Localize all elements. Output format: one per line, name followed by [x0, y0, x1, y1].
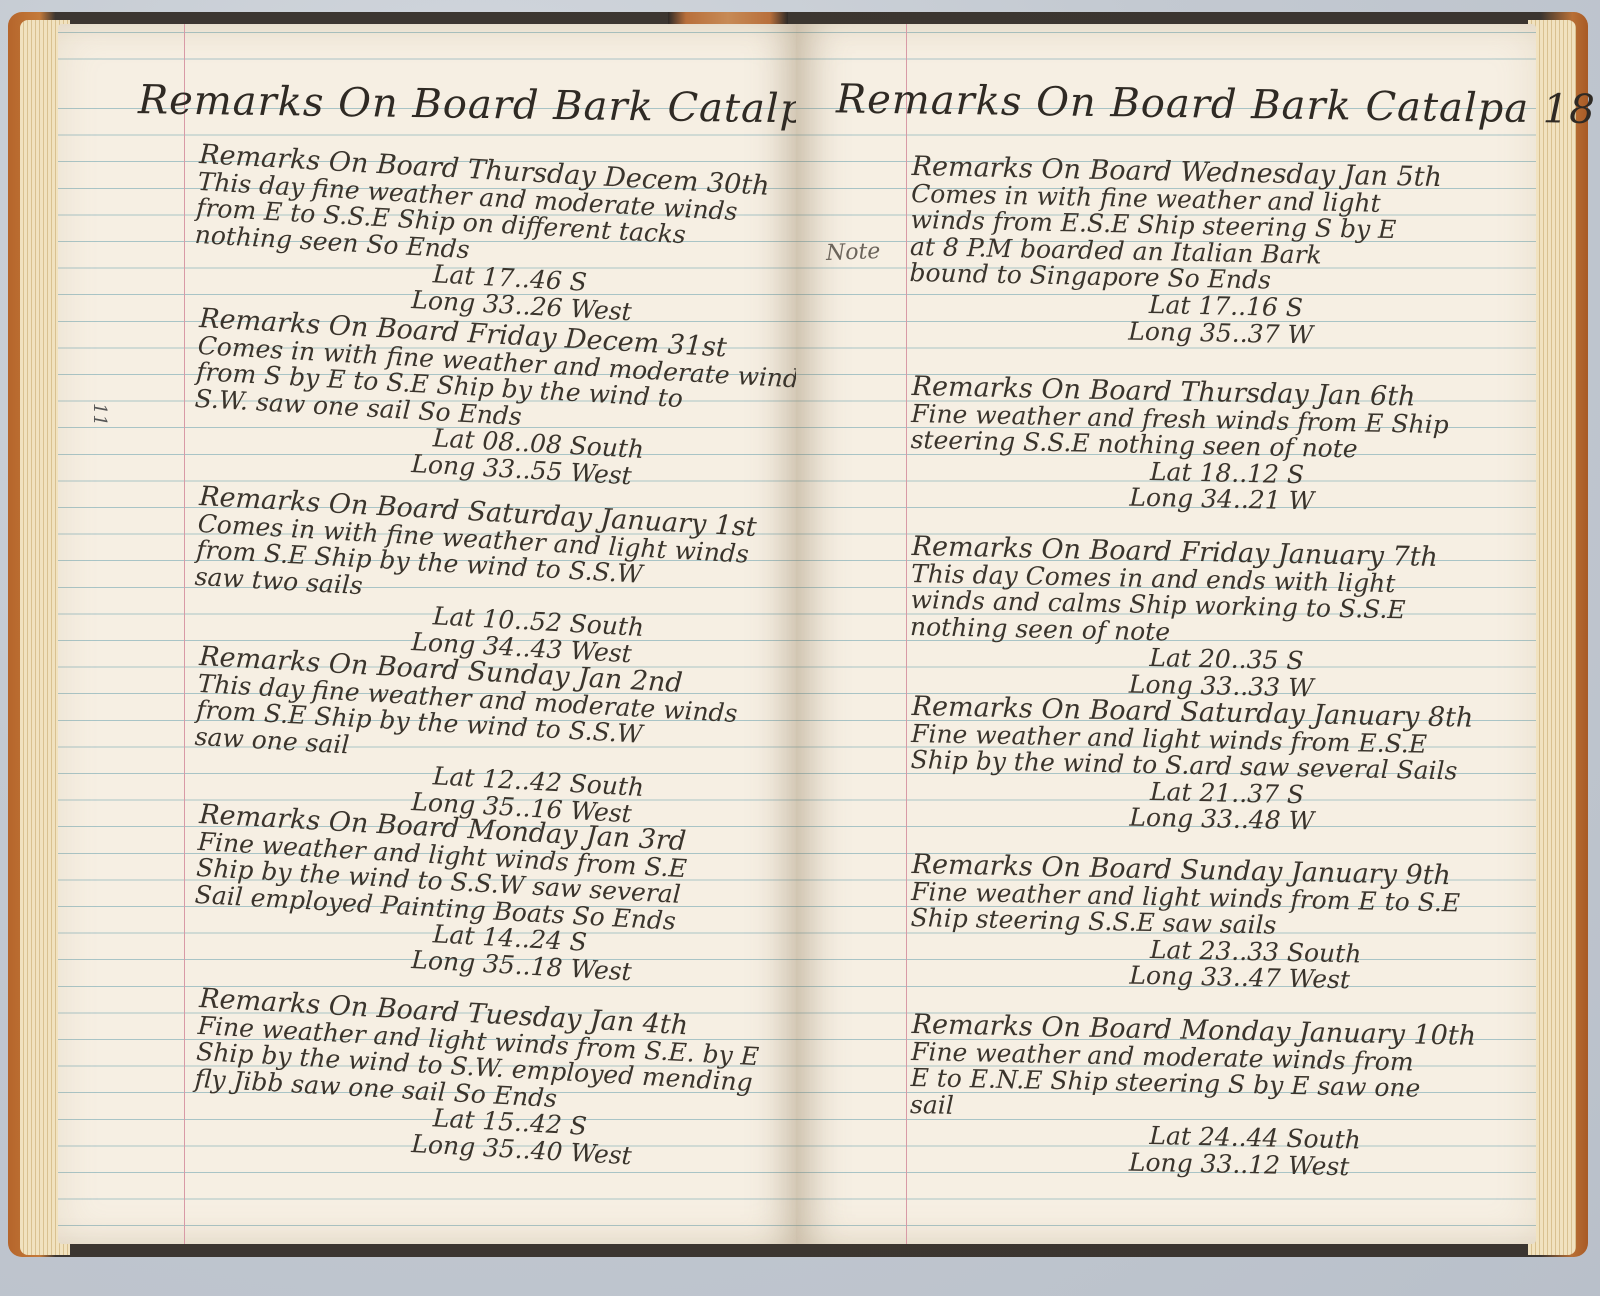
log-entry: Remarks On Board Friday Decem 31st Comes…: [191, 306, 789, 498]
log-entry: Remarks On Board Tuesday Jan 4th Fine we…: [191, 986, 789, 1178]
open-logbook: 11 Remarks On Board Bark Catalpa Remarks…: [8, 12, 1588, 1267]
margin-line: [184, 24, 185, 1244]
left-page: 11 Remarks On Board Bark Catalpa Remarks…: [58, 24, 800, 1244]
log-entry: Remarks On Board Wednesday Jan 5th Comes…: [908, 154, 1522, 353]
log-entry: Remarks On Board Thursday Jan 6th Fine w…: [909, 374, 1522, 520]
page-title: Remarks On Board Bark Catalpa: [138, 77, 832, 133]
log-entry: Remarks On Board Monday Jan 3rd Fine wea…: [191, 802, 789, 994]
page-title: Remarks On Board Bark Catalpa 1876: [836, 76, 1600, 133]
log-entry: Remarks On Board Monday January 10th Fin…: [909, 1012, 1522, 1184]
right-page: Note Remarks On Board Bark Catalpa 1876 …: [796, 24, 1536, 1244]
log-entry: Remarks On Board Friday January 7th This…: [909, 534, 1522, 706]
edge-mark: 11: [89, 403, 110, 426]
log-entry: Remarks On Board Thursday Decem 30th Thi…: [191, 142, 789, 334]
margin-note: Note: [826, 239, 881, 266]
log-entry: Remarks On Board Sunday January 9th Fine…: [909, 852, 1522, 998]
margin-line: [906, 24, 907, 1244]
log-entry: Remarks On Board Saturday January 8th Fi…: [909, 694, 1522, 840]
